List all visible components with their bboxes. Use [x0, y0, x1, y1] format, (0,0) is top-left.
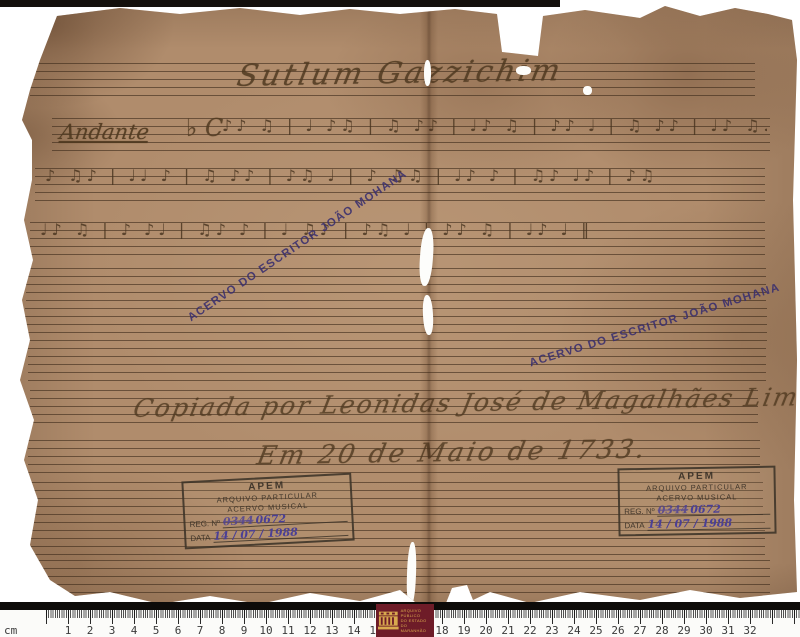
archive-stamp-left: APEM ARQUIVO PARTICULAR ACERVO MUSICAL R…	[181, 473, 354, 550]
ruler-number: 13	[324, 624, 340, 637]
ruler-number: 2	[82, 624, 98, 637]
ruler-number: 14	[346, 624, 362, 637]
ruler-number: 5	[148, 624, 164, 637]
building-icon	[378, 611, 399, 631]
ruler-number: 4	[126, 624, 142, 637]
staff-line-group	[26, 268, 766, 301]
staff-line-group	[28, 348, 766, 381]
measurement-ruler: cm 1234567891011121314151819202122232425…	[0, 602, 800, 637]
ruler-number: 7	[192, 624, 208, 637]
clef-and-time-signature: ♭ C	[186, 114, 223, 142]
stamp-line: ACERVO MUSICAL	[624, 492, 770, 504]
reg-value: 03440672	[658, 504, 771, 517]
date-value: 14 / 07 / 1988	[647, 518, 770, 531]
reg-old-crossed: 0344	[223, 514, 254, 529]
ruler-number: 32	[742, 624, 758, 637]
ruler-number: 29	[676, 624, 692, 637]
notation-row: ♩♪ ♫ | ♪ ♪♩ | ♫♪ ♪ | ♩ ♫♪ | ♪♫ ♩ | ♪♪ ♫ …	[40, 220, 760, 239]
date-label: DATA	[190, 533, 211, 543]
ruler-number: 6	[170, 624, 186, 637]
ruler-number: 3	[104, 624, 120, 637]
ruler-number: 31	[720, 624, 736, 637]
logo-text-line: DO MARANHÃO	[401, 623, 432, 633]
reg-label: REG. Nº	[624, 507, 655, 517]
ruler-number: 28	[654, 624, 670, 637]
ruler-number: 8	[214, 624, 230, 637]
archive-logo: ARQUIVO PÚBLICO DO ESTADO DO MARANHÃO	[376, 604, 434, 637]
reg-old-crossed: 0344	[658, 503, 689, 517]
ruler-number: 18	[434, 624, 450, 637]
tear-hole	[516, 66, 531, 75]
archive-stamp-right: APEM ARQUIVO PARTICULAR ACERVO MUSICAL R…	[617, 466, 776, 537]
ruler-number: 23	[544, 624, 560, 637]
ruler-number: 27	[632, 624, 648, 637]
reg-number: 0672	[690, 503, 721, 517]
logo-text: ARQUIVO PÚBLICO DO ESTADO DO MARANHÃO	[401, 608, 432, 633]
ruler-number: 21	[500, 624, 516, 637]
manuscript-paper: Sutlum Gazzichim Andante ♭ C ♪♪ ♫ | ♩ ♪♫…	[0, 0, 800, 612]
ruler-number: 12	[302, 624, 318, 637]
tear-hole	[583, 86, 592, 95]
ruler-number: 25	[588, 624, 604, 637]
staff-line-group	[28, 560, 770, 593]
ruler-number: 9	[236, 624, 252, 637]
notation-row: ♪♪ ♫ | ♩ ♪♫ | ♫ ♪♪ | ♩♪ ♫ | ♪♪ ♩ | ♫ ♪♪ …	[222, 116, 767, 135]
scanner-top-strip	[0, 0, 560, 7]
ruler-number: 22	[522, 624, 538, 637]
ruler-number: 26	[610, 624, 626, 637]
ruler-number: 24	[566, 624, 582, 637]
ruler-number: 19	[456, 624, 472, 637]
ruler-number: 10	[258, 624, 274, 637]
ruler-number: 20	[478, 624, 494, 637]
manuscript-title-handwriting: Sutlum Gazzichim	[234, 53, 566, 94]
reg-number: 0672	[255, 512, 286, 527]
ruler-number: 11	[280, 624, 296, 637]
reg-label: REG. Nº	[189, 519, 220, 530]
ruler-unit-label: cm	[4, 624, 17, 637]
ruler-number: 1	[60, 624, 76, 637]
tempo-marking: Andante	[58, 120, 150, 144]
ruler-number: 30	[698, 624, 714, 637]
date-label: DATA	[624, 521, 644, 530]
tear-hole	[424, 60, 431, 86]
